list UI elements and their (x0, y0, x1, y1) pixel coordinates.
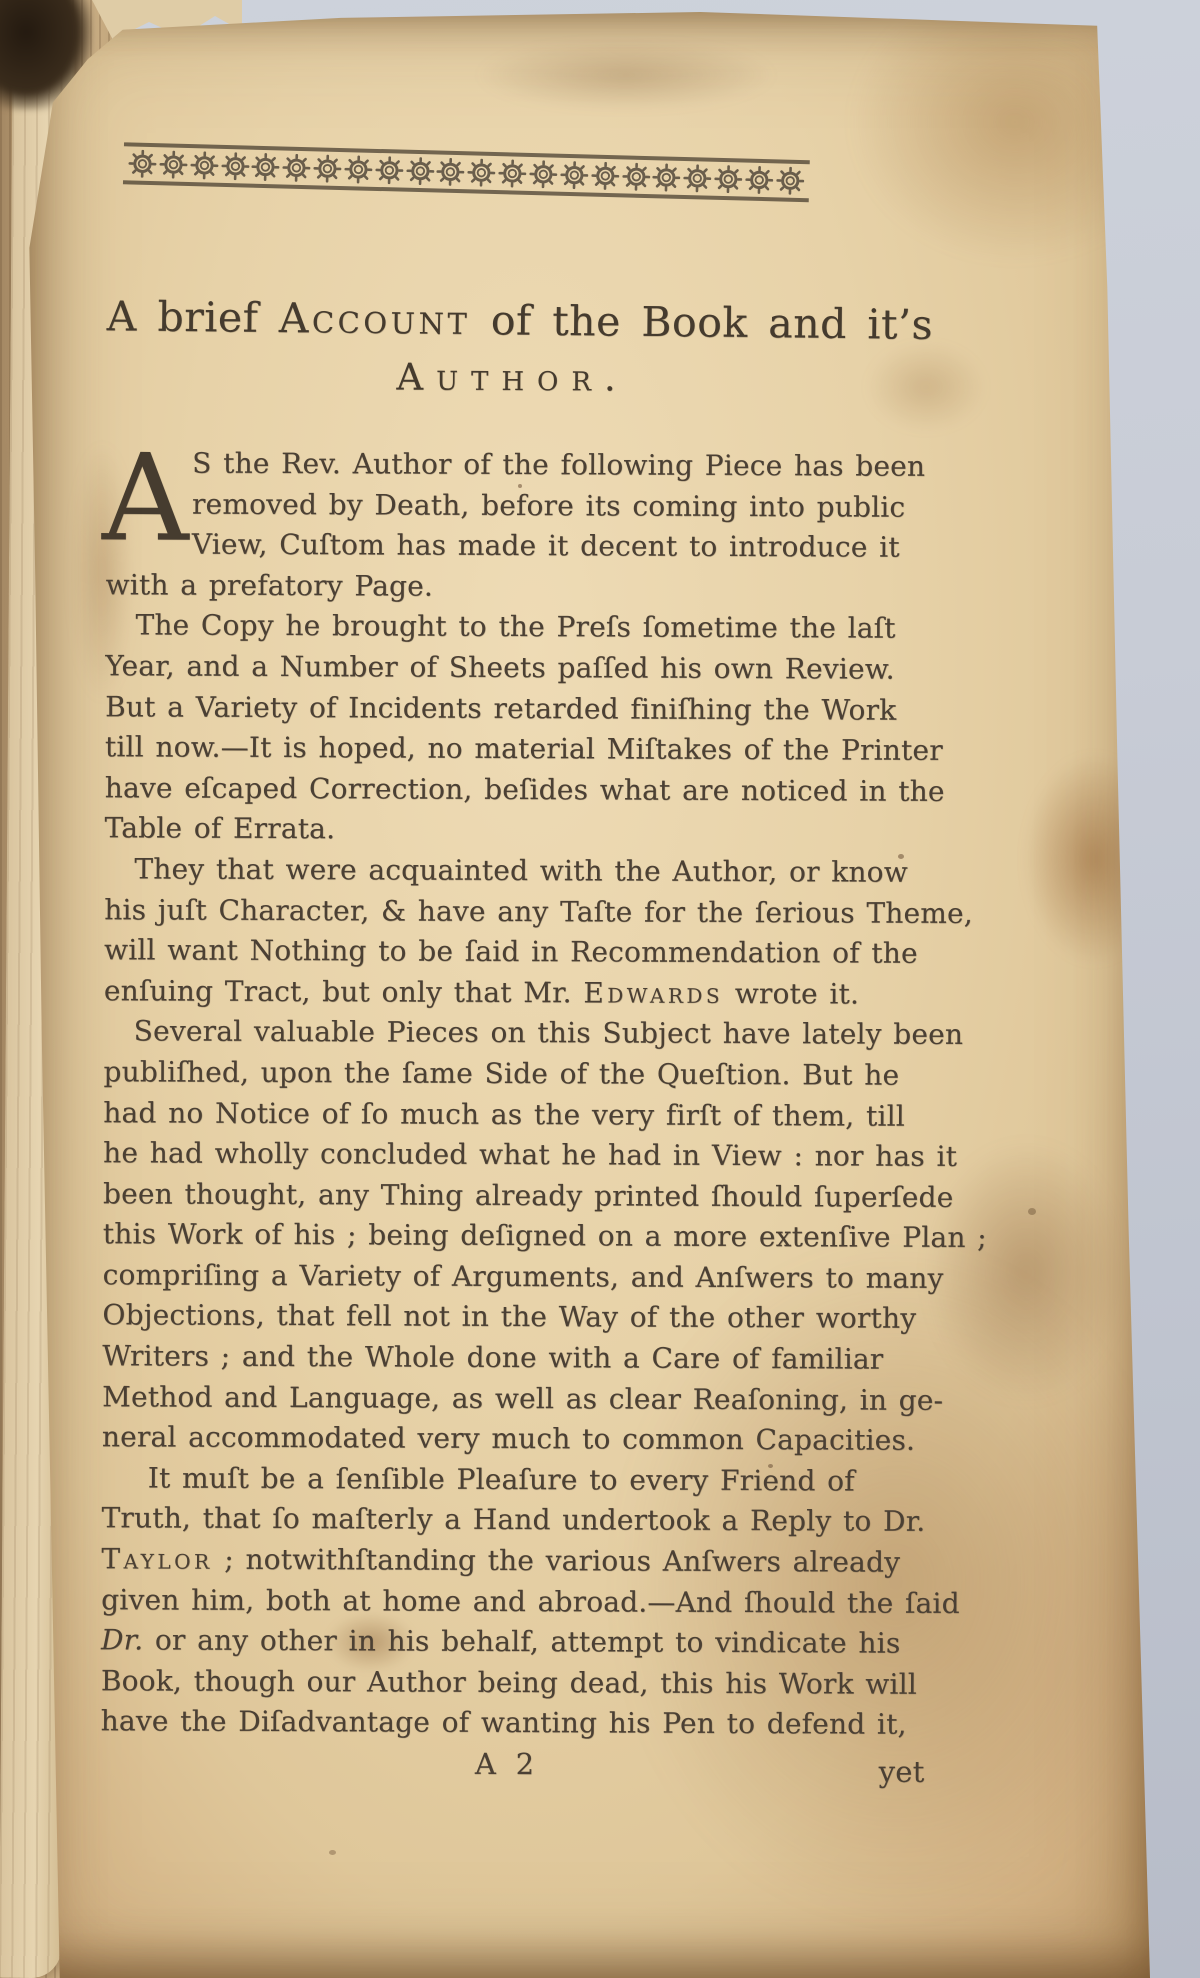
text-line: Taylor ; notwithſtanding the various Anſ… (101, 1539, 913, 1583)
catchword: yet (879, 1752, 925, 1793)
rosette-icon (251, 153, 280, 182)
text-line: publiſhed, upon the ſame Side of the Que… (103, 1052, 915, 1096)
ornament-band (123, 142, 810, 202)
rosette-icon (436, 158, 465, 187)
text-line: The Copy he brought to the Preſs ſometim… (105, 606, 917, 650)
text-line: Book, though our Author being dead, this… (101, 1661, 913, 1705)
rosette-icon (375, 156, 404, 185)
rosette-icon (344, 155, 373, 184)
rosette-icon (467, 158, 496, 187)
section-title: A brief Account of the Book and it’s Aut… (106, 292, 918, 401)
rosette-icon (560, 161, 589, 190)
rosette-icon (714, 165, 743, 194)
rosette-icon (621, 162, 650, 191)
paragraph-4: Several valuable Pieces on this Subject … (102, 1012, 916, 1462)
text-line: had no Notice of ſo much as the very fir… (103, 1093, 915, 1137)
paragraph-5: It muſt be a ſenſible Pleaſure to every … (101, 1458, 914, 1746)
rosette-icon (652, 163, 681, 192)
stain (1024, 754, 1164, 964)
paragraph-1: A S the Rev. Author of the following Pie… (106, 443, 919, 609)
drop-cap: A (102, 447, 185, 564)
text-line: Writers ; and the Whole done with a Care… (102, 1336, 914, 1380)
abbrev-dr-italic: Dr. (101, 1623, 143, 1656)
text-line: compriſing a Variety of Arguments, and A… (103, 1255, 915, 1299)
rosette-icon (591, 162, 620, 191)
text-line: They that were acquainted with the Autho… (104, 849, 916, 893)
name-edwards: Edwards (583, 976, 723, 1010)
rosette-icon (406, 157, 435, 186)
rosette-icon (529, 160, 558, 189)
title-word-account: Account (279, 294, 471, 344)
rosette-icon (745, 166, 774, 195)
rosette-icon (683, 164, 712, 193)
text-line: Truth, that ſo maſterly a Hand undertook… (101, 1499, 913, 1543)
paragraph-3: They that were acquainted with the Autho… (104, 849, 917, 1015)
signature-mark: A 2 (100, 1742, 912, 1786)
page-footer: A 2 yet (100, 1742, 912, 1788)
text-line: Year, and a Number of Sheets paſſed his … (105, 646, 917, 690)
rosette-icon (498, 159, 527, 188)
ink-fleck (329, 1850, 336, 1855)
text-line: he had wholly concluded what he had in V… (103, 1133, 915, 1177)
text-line: will want Nothing to be ſaid in Recommen… (104, 930, 916, 974)
text-line: have the Diſadvantage of wanting his Pen… (101, 1702, 913, 1746)
text-line: with a prefatory Page. (106, 565, 918, 609)
rosette-icon (282, 153, 311, 182)
rosette-icon (313, 154, 342, 183)
title-line: A brief Account of the Book and it’s (107, 292, 919, 349)
printed-text-block: A brief Account of the Book and it’s Aut… (100, 142, 919, 1788)
text-line: View, Cuſtom has made it decent to intro… (106, 524, 918, 568)
stain (926, 1142, 1126, 1402)
text-line: neral accommodated very much to common C… (102, 1417, 914, 1461)
text-line: this Work of his ; being deſigned on a m… (103, 1215, 915, 1259)
rosette-icon (221, 152, 250, 181)
text-line: But a Variety of Incidents retarded fini… (105, 687, 917, 731)
book-photo: A brief Account of the Book and it’s Aut… (0, 0, 1200, 1978)
rosette-icon (159, 150, 188, 179)
rosette-icon (776, 166, 805, 195)
text-line: his juſt Character, & have any Taſte for… (104, 890, 916, 934)
book-page: A brief Account of the Book and it’s Aut… (26, 12, 1150, 1978)
text-line: S the Rev. Author of the following Piece… (106, 443, 918, 487)
text-line: enſuing Tract, but only that Mr. Edwards… (104, 971, 916, 1015)
paragraph-2: The Copy he brought to the Preſs ſometim… (105, 606, 918, 853)
ink-fleck (1028, 1208, 1036, 1215)
stain (476, 40, 776, 110)
text-line: given him, both at home and abroad.—And … (101, 1580, 913, 1624)
text-line: Dr. or any other in his behalf, attempt … (101, 1620, 913, 1664)
title-word-author: Author. (106, 354, 918, 401)
text-line: Several valuable Pieces on this Subject … (104, 1012, 916, 1056)
text-line: been thought, any Thing already printed … (103, 1174, 915, 1218)
text-line: Method and Language, as well as clear Re… (102, 1377, 914, 1421)
text-line: Table of Errata. (105, 809, 917, 853)
body-text: A S the Rev. Author of the following Pie… (100, 443, 918, 1788)
rosette-icon (128, 149, 157, 178)
name-taylor: Taylor (101, 1542, 212, 1575)
text-line: removed by Death, before its coming into… (106, 484, 918, 528)
text-line: It muſt be a ſenſible Pleaſure to every … (102, 1458, 914, 1502)
text-line: have eſcaped Correction, beſides what ar… (105, 768, 917, 812)
text-line: Objections, that fell not in the Way of … (102, 1296, 914, 1340)
text-line: till now.—It is hoped, no material Miſta… (105, 727, 917, 771)
rosette-icon (190, 151, 219, 180)
